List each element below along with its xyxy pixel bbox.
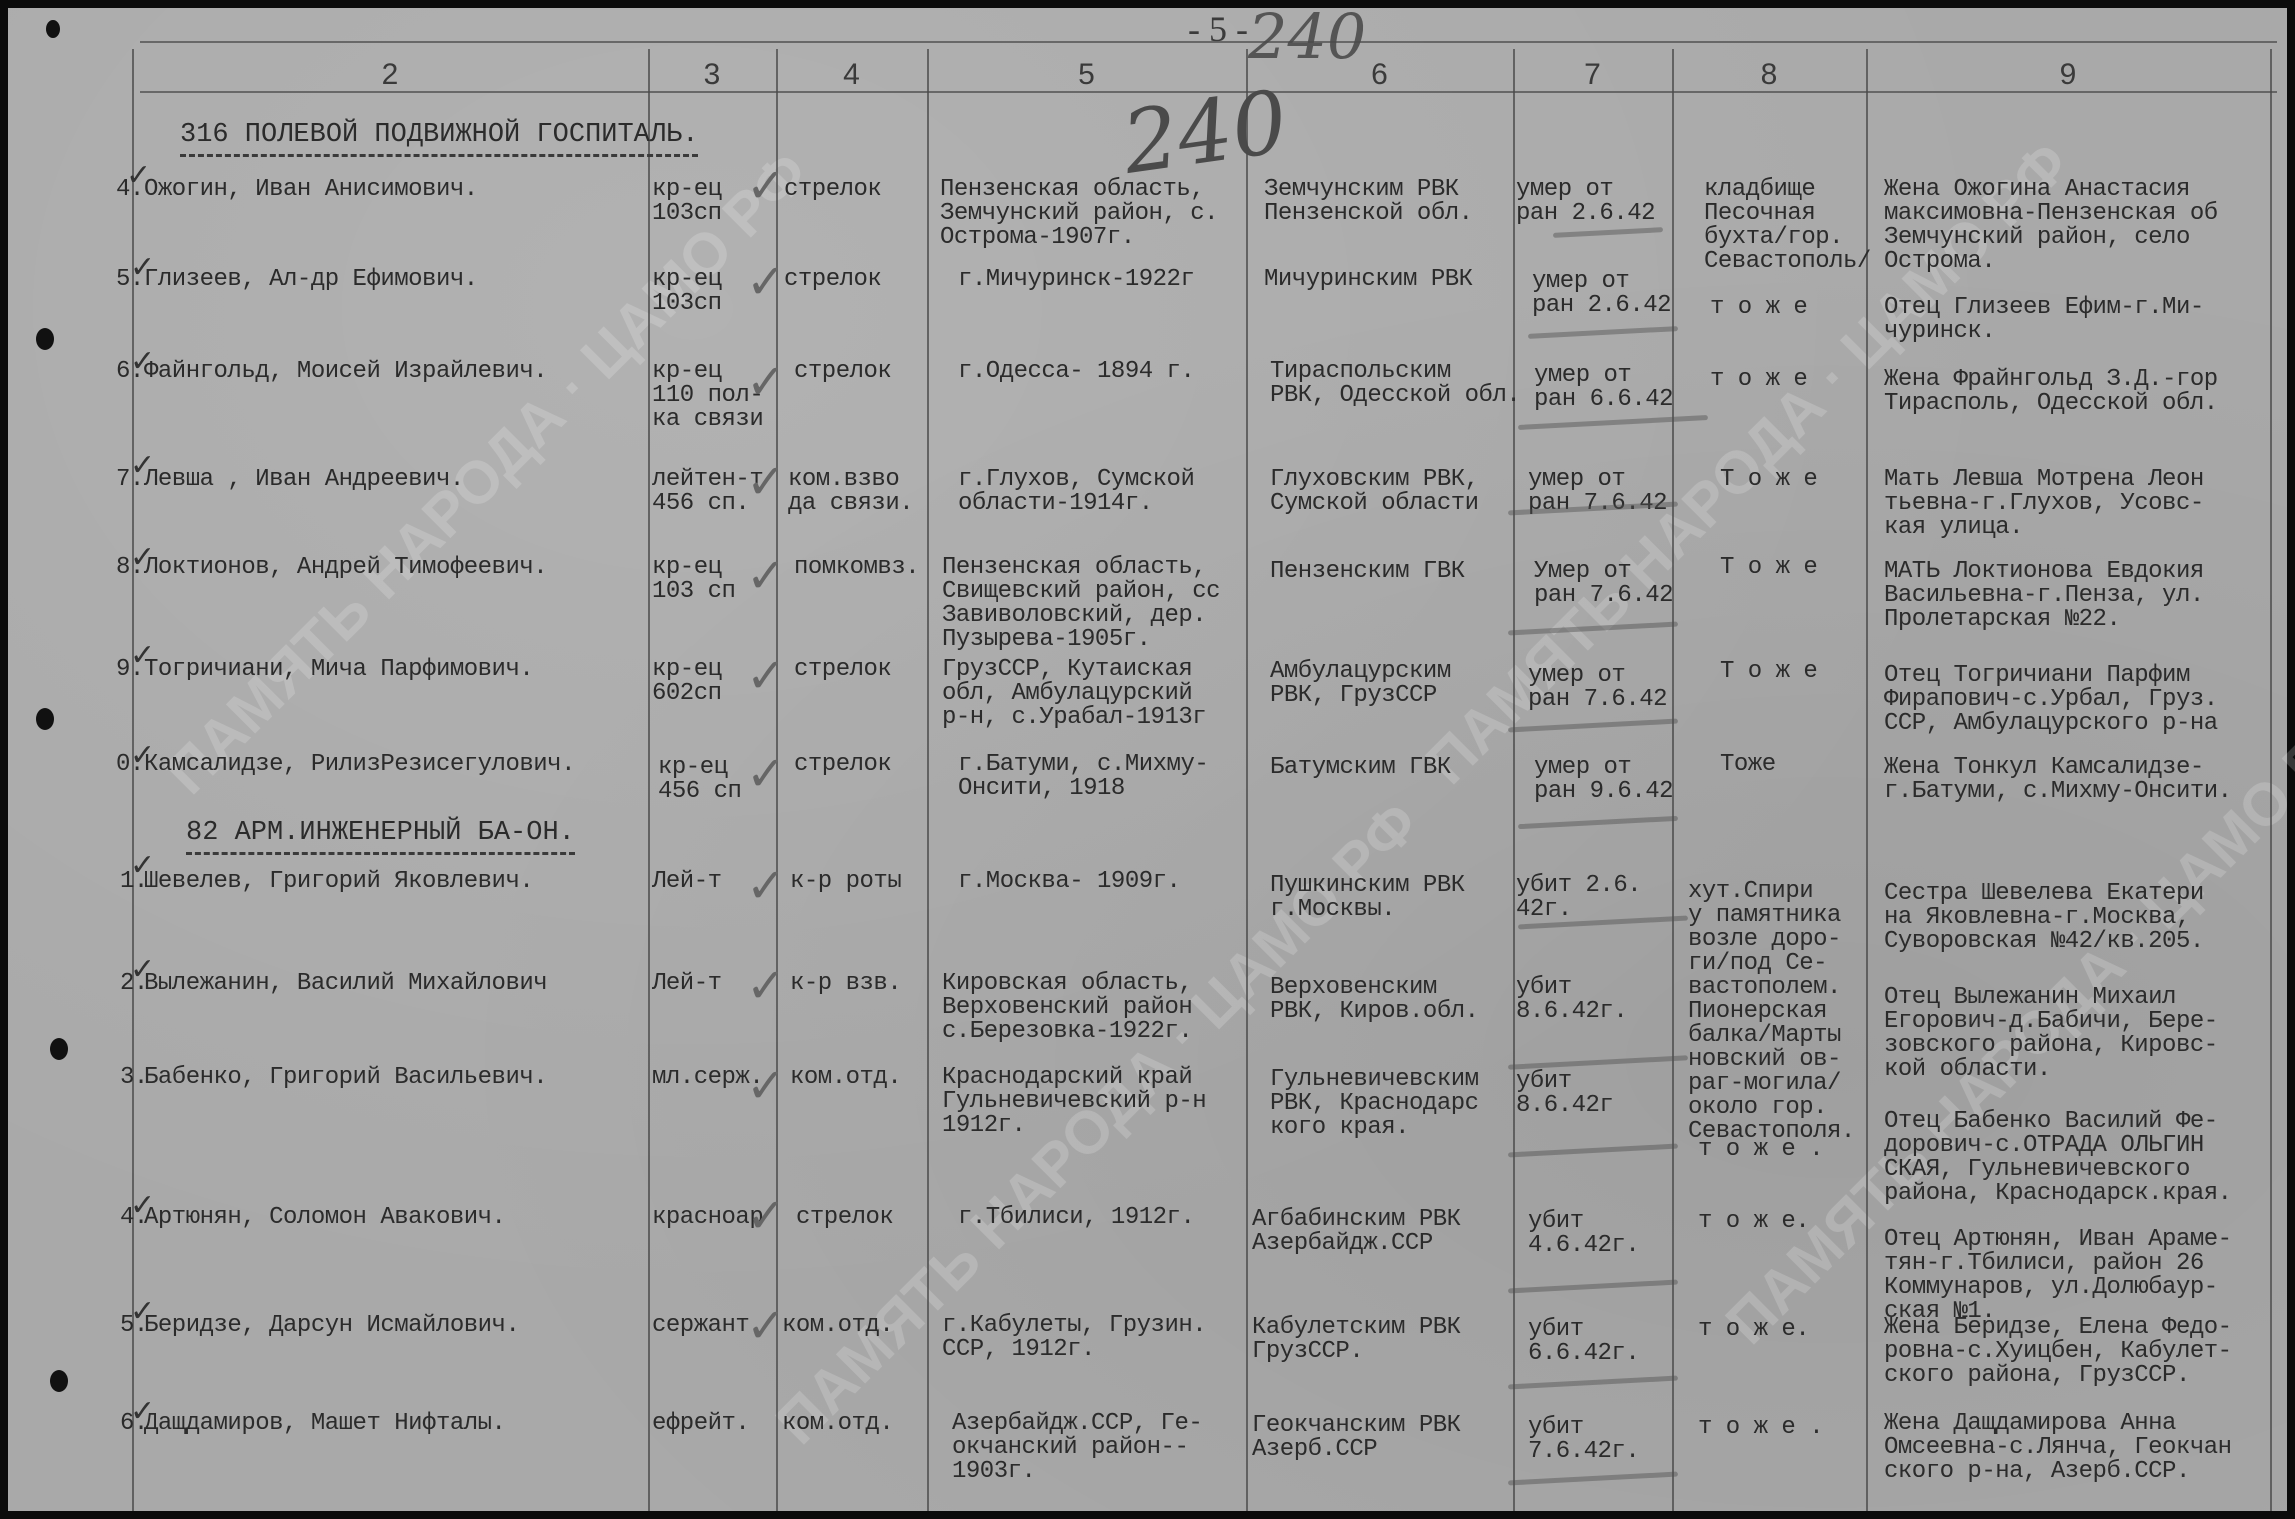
draft-office: Пензенским ГВК	[1270, 560, 1465, 584]
burial-place: т о ж е	[1710, 296, 1807, 320]
position: ком.отд.	[790, 1066, 901, 1090]
pencil-tick-icon: ✓	[746, 254, 786, 310]
column-divider	[1246, 49, 1248, 1511]
pencil-tick-icon: ✓	[746, 746, 786, 802]
position: помкомвз.	[794, 556, 919, 580]
section-title: 82 АРМ.ИНЖЕНЕРНЫЙ БА-ОН.	[186, 818, 575, 855]
birthplace: г.Кабулеты, Грузин. ССР, 1912г.	[942, 1314, 1206, 1362]
draft-office: Тираспольским РВК, Одесской обл.	[1270, 360, 1520, 408]
position: ком.отд.	[782, 1412, 893, 1436]
burial-place: кладбище Песочная бухта/гор. Севастополь…	[1704, 178, 1871, 274]
check-mark-icon: ✓	[130, 540, 155, 575]
fate: умер от ран 7.6.42	[1528, 664, 1667, 712]
pencil-stroke	[1508, 1376, 1678, 1390]
table-top-border	[140, 41, 2277, 43]
column-divider	[927, 49, 929, 1511]
position: стрелок	[794, 658, 891, 682]
next-of-kin: Жена Дащдамирова Анна Омсеевна-с.Лянча, …	[1884, 1412, 2232, 1484]
soldier-name: Бабенко, Григорий Васильевич.	[144, 1066, 547, 1090]
rank-unit: сержант	[652, 1314, 749, 1338]
draft-office: Верховенским РВК, Киров.обл.	[1270, 976, 1479, 1024]
soldier-name: Ожогин, Иван Анисимович.	[144, 178, 478, 202]
pencil-tick-icon: ✓	[746, 548, 786, 604]
draft-office: Земчунским РВК Пензенской обл.	[1264, 178, 1473, 226]
pencil-stroke	[1508, 1280, 1678, 1294]
draft-office: Мичуринским РВК	[1264, 268, 1473, 292]
column-header-8: 8	[1672, 58, 1866, 92]
soldier-name: Левша , Иван Андреевич.	[144, 468, 464, 492]
typed-page-number: - 5 -	[1188, 8, 1248, 50]
next-of-kin: Жена Ожогина Анастасия максимовна-Пензен…	[1884, 178, 2218, 274]
column-divider	[648, 49, 650, 1511]
pencil-stroke	[1518, 816, 1678, 829]
fate: умер от ран 9.6.42	[1534, 756, 1673, 804]
rank-unit: кр-ец 103сп	[652, 268, 722, 316]
draft-office: Агбабинским РВК Азербайдж.ССР	[1252, 1208, 1461, 1256]
fate: умер от ран 2.6.42	[1516, 178, 1655, 226]
burial-place: Т о ж е	[1720, 556, 1817, 580]
position: стрелок	[784, 178, 881, 202]
position: стрелок	[794, 753, 891, 777]
draft-office: Амбулацурским РВК, ГрузССР	[1270, 660, 1451, 708]
fate: убит 4.6.42г.	[1528, 1210, 1639, 1258]
pencil-tick-icon: ✓	[746, 454, 786, 510]
check-mark-icon: ✓	[130, 952, 155, 987]
column-header-4: 4	[776, 58, 927, 92]
soldier-name: Артюнян, Соломон Авакович.	[144, 1206, 505, 1230]
birthplace: Азербайдж.ССР, Ге- окчанский район-- 190…	[952, 1412, 1202, 1484]
pencil-stroke	[1518, 415, 1708, 430]
pencil-tick-icon: ✓	[746, 648, 786, 704]
fate: убит 2.6. 42г.	[1516, 874, 1641, 922]
fate: убит 8.6.42г	[1516, 1070, 1613, 1118]
check-mark-icon: ✓	[130, 1188, 155, 1223]
check-mark-icon: ✓	[130, 344, 155, 379]
next-of-kin: Отец Тогричиани Парфим Фирапович-с.Урбал…	[1884, 664, 2218, 736]
check-mark-icon: ✓	[130, 1294, 155, 1329]
check-mark-icon: ✓	[130, 738, 155, 773]
check-mark-icon: ✓	[130, 638, 155, 673]
burial-place: Т о ж е	[1720, 660, 1817, 684]
fate: умер от ран 2.6.42	[1532, 270, 1671, 318]
next-of-kin: Отец Вылежанин Михаил Егорович-д.Бабичи,…	[1884, 986, 2218, 1082]
check-mark-icon: ✓	[130, 1394, 155, 1429]
burial-place: т о ж е .	[1698, 1138, 1823, 1162]
check-mark-icon: ✓	[130, 848, 155, 883]
rank-unit: Лей-т	[652, 870, 722, 894]
fate: убит 6.6.42г.	[1528, 1318, 1639, 1366]
column-header-2: 2	[132, 58, 648, 92]
column-header-6: 6	[1246, 58, 1513, 92]
birthplace: г.Одесса- 1894 г.	[958, 360, 1194, 384]
next-of-kin: Отец Бабенко Василий Фе- дорович-с.ОТРАД…	[1884, 1110, 2232, 1206]
next-of-kin: Жена Беридзе, Елена Федо- ровна-с.Хуицбе…	[1884, 1316, 2232, 1388]
check-mark-icon: ✓	[130, 250, 155, 285]
soldier-name: Тогричиани, Мича Парфимович.	[144, 658, 533, 682]
rank-unit: кр-ец 456 сп	[658, 756, 741, 804]
birthplace: Пензенская область, Свищевский район, сс…	[942, 556, 1220, 652]
position: стрелок	[796, 1206, 893, 1230]
pencil-tick-icon: ✓	[746, 1298, 786, 1354]
birthplace: Пензенская область, Земчунский район, с.…	[940, 178, 1218, 250]
pencil-stroke	[1528, 326, 1678, 339]
draft-office: Пушкинским РВК г.Москвы.	[1270, 874, 1465, 922]
soldier-name: Шевелев, Григорий Яковлевич.	[144, 870, 533, 894]
soldier-name: Локтионов, Андрей Тимофеевич.	[144, 556, 547, 580]
burial-place: хут.Спири у памятника возле доро- ги/под…	[1688, 880, 1855, 1144]
pencil-tick-icon: ✓	[746, 958, 786, 1014]
next-of-kin: МАТЬ Локтионова Евдокия Васильевна-г.Пен…	[1884, 560, 2204, 632]
birthplace: г.Глухов, Сумской области-1914г.	[958, 468, 1194, 516]
soldier-name: Дащдамиров, Машет Нифталы.	[144, 1412, 505, 1436]
next-of-kin: Жена Фрайнгольд З.Д.-гор Тирасполь, Одес…	[1884, 368, 2218, 416]
fate: убит 7.6.42г.	[1528, 1416, 1639, 1464]
rank-unit: Лей-т	[652, 972, 722, 996]
next-of-kin: Мать Левша Мотрена Леон тьевна-г.Глухов,…	[1884, 468, 2204, 540]
pencil-tick-icon: ✓	[746, 158, 786, 214]
birthplace: г.Мичуринск-1922г	[958, 268, 1194, 292]
burial-place: т о ж е	[1710, 368, 1807, 392]
soldier-name: Камсалидзе, РилизРезисегулович.	[144, 753, 575, 777]
pencil-stroke	[1508, 1055, 1688, 1069]
position: стрелок	[784, 268, 881, 292]
draft-office: Глуховским РВК, Сумской области	[1270, 468, 1479, 516]
check-mark-icon: ✓	[130, 448, 155, 483]
birthplace: Краснодарский край Гульневичевский р-н 1…	[942, 1066, 1206, 1138]
soldier-name: Беридзе, Дарсун Исмайлович.	[144, 1314, 519, 1338]
pencil-tick-icon: ✓	[746, 858, 786, 914]
birthplace: г.Батуми, с.Михму- Онсити, 1918	[958, 753, 1208, 801]
column-header-3: 3	[648, 58, 776, 92]
draft-office: Гульневичевским РВК, Краснодарс кого кра…	[1270, 1068, 1479, 1140]
position: ком.отд.	[782, 1314, 893, 1338]
pencil-stroke	[1508, 1144, 1678, 1158]
burial-place: т о ж е.	[1698, 1318, 1809, 1342]
birthplace: г.Тбилиси, 1912г.	[958, 1206, 1194, 1230]
soldier-name: Вылежанин, Василий Михайлович	[144, 972, 547, 996]
binder-hole	[50, 1370, 68, 1392]
position: ком.взво да связи.	[788, 468, 913, 516]
position: к-р роты	[790, 870, 901, 894]
next-of-kin: Отец Глизеев Ефим-г.Ми- чуринск.	[1884, 296, 2204, 344]
pencil-tick-icon: ✓	[746, 1058, 786, 1114]
column-header-7: 7	[1513, 58, 1672, 92]
binder-hole	[36, 708, 54, 730]
birthplace: ГрузССР, Кутаиская обл, Амбулацурский р-…	[942, 658, 1206, 730]
burial-place: Тоже	[1720, 753, 1776, 777]
position: стрелок	[794, 360, 891, 384]
document-page: ПАМЯТЬ НАРОДА · ЦАМО РФ ПАМЯТЬ НАРОДА · …	[8, 8, 2287, 1511]
next-of-kin: Жена Тонкул Камсалидзе- г.Батуми, с.Михм…	[1884, 756, 2232, 804]
column-header-5: 5	[927, 58, 1246, 92]
check-mark-icon: ✓	[126, 158, 151, 193]
burial-place: т о ж е .	[1698, 1416, 1823, 1440]
binder-hole	[46, 20, 60, 38]
draft-office: Кабулетским РВК ГрузССР.	[1252, 1316, 1461, 1364]
pencil-stroke	[1553, 227, 1663, 238]
rank-unit: кр-ец 602сп	[652, 658, 722, 706]
birthplace: Кировская область, Верховенский район с.…	[942, 972, 1192, 1044]
position: к-р взв.	[790, 972, 901, 996]
rank-unit: кр-ец 103сп	[652, 178, 722, 226]
burial-place: Т о ж е	[1720, 468, 1817, 492]
section-title: 316 ПОЛЕВОЙ ПОДВИЖНОЙ ГОСПИТАЛЬ.	[180, 120, 698, 157]
pencil-stroke	[1508, 622, 1678, 636]
rank-unit: ефрейт.	[652, 1412, 749, 1436]
rank-unit: кр-ец 103 сп	[652, 556, 735, 604]
soldier-name: Глизеев, Ал-др Ефимович.	[144, 268, 478, 292]
pencil-stroke	[1508, 719, 1678, 733]
birthplace: г.Москва- 1909г.	[958, 870, 1180, 894]
column-divider	[2270, 49, 2272, 1511]
pencil-stroke	[1508, 1472, 1678, 1486]
next-of-kin: Сестра Шевелева Екатери на Яковлевна-г.М…	[1884, 882, 2204, 954]
draft-office: Геокчанским РВК Азерб.ССР	[1252, 1414, 1461, 1462]
fate: умер от ран 6.6.42	[1534, 364, 1673, 412]
soldier-name: Файнгольд, Моисей Израйлевич.	[144, 360, 547, 384]
fate: убит 8.6.42г.	[1516, 976, 1627, 1024]
next-of-kin: Отец Артюнян, Иван Араме- тян-г.Тбилиси,…	[1884, 1228, 2232, 1324]
fate: Умер от ран 7.6.42	[1534, 560, 1673, 608]
pencil-tick-icon: ✓	[746, 354, 786, 410]
binder-hole	[50, 1038, 68, 1060]
burial-place: т о ж е.	[1698, 1210, 1809, 1234]
draft-office: Батумским ГВК	[1270, 756, 1451, 780]
pencil-tick-icon: ✓	[746, 1188, 786, 1244]
column-header-9: 9	[1866, 58, 2270, 92]
binder-hole	[36, 328, 54, 350]
